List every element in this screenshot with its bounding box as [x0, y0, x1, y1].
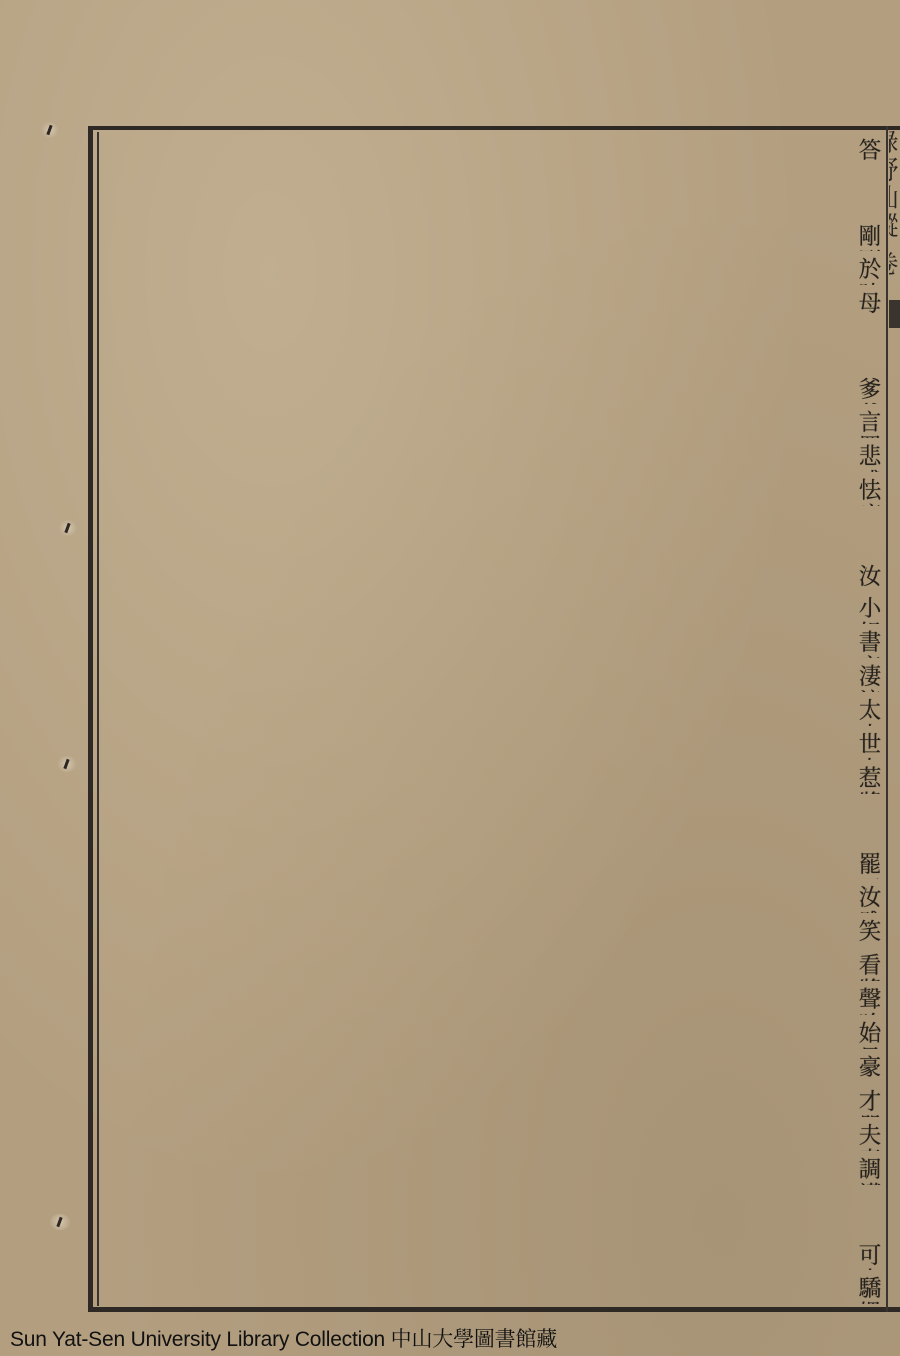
text-column: 書齋細敘言○各道寒暄無用表○且說那內堂郡主美嬋娟○見他姊丈前邊去○步出娘房滿面歡…: [853, 624, 883, 658]
text-column: 太夫人欣然命坐問寒暄○侍兒左右呈香茗○各訴說久別初逢兩地言○提到妖姬刁惡處○滿堂…: [853, 692, 883, 726]
text-column: 於時夫婦共登堂避去了郡主純娘人一雙○先是吳生來拜見○謁尊親從頭一一禮安詳○見完小…: [853, 251, 883, 285]
text-column: 驕慣愈覺不乖休使出來哭哭啼啼討人厭惡○郡主聞言一笑不語少霞自解純娘話中有刺心下不…: [853, 1270, 883, 1304]
scanned-page: 綠野仙蹤 卷 答○舉步相隨敘曲私剛剛轉過錦屏早見吳生跨馬亦到於時夫婦共登堂避去了…: [0, 0, 900, 1356]
text-column: 調護累卿勞○適來想已安如故○可不必過分憂心為若曹○憶吾下官臨別語○緣何轉背即忘拋…: [853, 1151, 883, 1185]
center-fold-title: 綠野仙蹤 卷: [889, 128, 900, 1308]
text-column: 答○舉步相隨敘曲私: [853, 132, 883, 166]
text-column: 可去棲鸞院中傳語乳母帶公子到來相見○那了鬟奉命方欲轉身純娘忙笑止道不用去喚罷那模…: [853, 1185, 883, 1270]
text-column: 悲感舊懷○且喜這一旦團圓真樂也○勿提他多時憔悴一腔哀○由來此段奇公案○大戲了○姊…: [853, 438, 883, 472]
vertical-text-body: 答○舉步相隨敘曲私剛剛轉過錦屏早見吳生跨馬亦到於時夫婦共登堂避去了郡主純娘人一雙…: [103, 132, 883, 1304]
inner-border-line: [97, 132, 99, 1306]
watermark-english: Sun Yat-Sen University Library Collectio…: [10, 1328, 385, 1351]
text-column: 才器真無比○自是吾家福分高○招得乘龍誠快婿○將來之事不須焦○少霞含笑惟謙遜○當下…: [853, 1083, 883, 1117]
text-column: 豪○歡喜不勝皆謝慰○都怪我家門不幸禍端招○郎教帶累東床客○住寒○天受此奔馳為處調…: [853, 1049, 883, 1083]
text-column: 罷了九華這些已過之事容日再談可見汝母倒又要哭了今乃元旦佳節是何意思也圖個吉利呀: [853, 794, 883, 879]
text-column: 聲吆喝屏儀從○款整金貂到內寮○先去書齋參岳父○老國丈見時大悅展眉梢○慌忙扶住呼賢…: [853, 981, 883, 1015]
text-column: 剛剛轉過錦屏早見吳生跨馬亦到: [853, 166, 883, 251]
library-watermark: Sun Yat-Sen University Library Collectio…: [10, 1323, 557, 1353]
text-column: 淒涼甚○姊訝嬌容美麗添○當下三人同禮畢○始轉上香雲豔雪叩堂前○夫人等並云伊輩從何…: [853, 658, 883, 692]
text-column: 始見屋僚○一班門客齊恭賀○只為剛逢元旦朝○小相國略略應酬三五句○便辭岳丈及諸曹○…: [853, 1015, 883, 1049]
center-fold-line: [886, 126, 888, 1312]
binding-hole-mark: [57, 756, 77, 772]
text-column: 爹爹母親二位大人在上不孝女兒今○日難得復睹慈容再拜膝下真乃重生再世也: [853, 319, 883, 404]
text-column: 怯瘦形骸○不勝憐惜重興歎○大小姐見過雙親轉鳳鞋○相見姨娘二位太夫人○將言指示笑盈…: [853, 472, 883, 506]
text-column: 夫妻兩下同行禮○文相含歡舉目瞧○只見花容俱各減○揣知一嚮受煎熬○殷勤略敘寒暄語○…: [853, 1117, 883, 1151]
text-column: 世上真教少見焉○不是少霞施巧術○這椽由怎能辨白雪沉冤○真可痛實堪憐害汝幾乎一命捐…: [853, 726, 883, 760]
text-column: 小姐聞言答應然○於時下拜柳含烟○淑人扶住殷勤答○本性無驕語自謙○當下各人相見畢○…: [853, 590, 883, 624]
binding-hole-mark: [50, 1214, 70, 1230]
watermark-chinese: 中山大學圖書館藏: [391, 1327, 557, 1351]
text-column: 汝二妹現在已貴為帝后○柳姨早得恩封淑人○家中少霞夫婦俱各呼以乾娘○汝與相見○勿復…: [853, 506, 883, 591]
text-column: 笑○說得個娘兒拭淚取羅綃○唯唯便乃談他話○似那些瑣瑣家言不用描○小姐歸來剛下午○…: [853, 913, 883, 947]
text-column: 汝雖歷盡苦煎熬○難得這一旦重逢樂自高○自此夫妻離苦海○大可以相依父母度昏朝○團圓…: [853, 879, 883, 913]
text-column: 惹將姜母慈容笑○便向千金道事端○: [853, 760, 883, 794]
text-column: 看將申末交早聽三聲雲板響○報到了少年相國美英豪○賓朋聞報忙迎接○僮僕爭先各奉邀○…: [853, 947, 883, 981]
binding-hole-mark: [58, 520, 78, 536]
text-column: 母○方纔下禮見爹娘○含帶喜悲含傷款吐鶯聲告曲腸○: [853, 285, 883, 319]
binding-hole-mark: [40, 122, 60, 138]
text-column: 言罷淒然跪下來○老夫婦一同扶住○女君釵稱可喜○道休哀○難得姣兒脫難災○汝所歷來遭…: [853, 404, 883, 438]
